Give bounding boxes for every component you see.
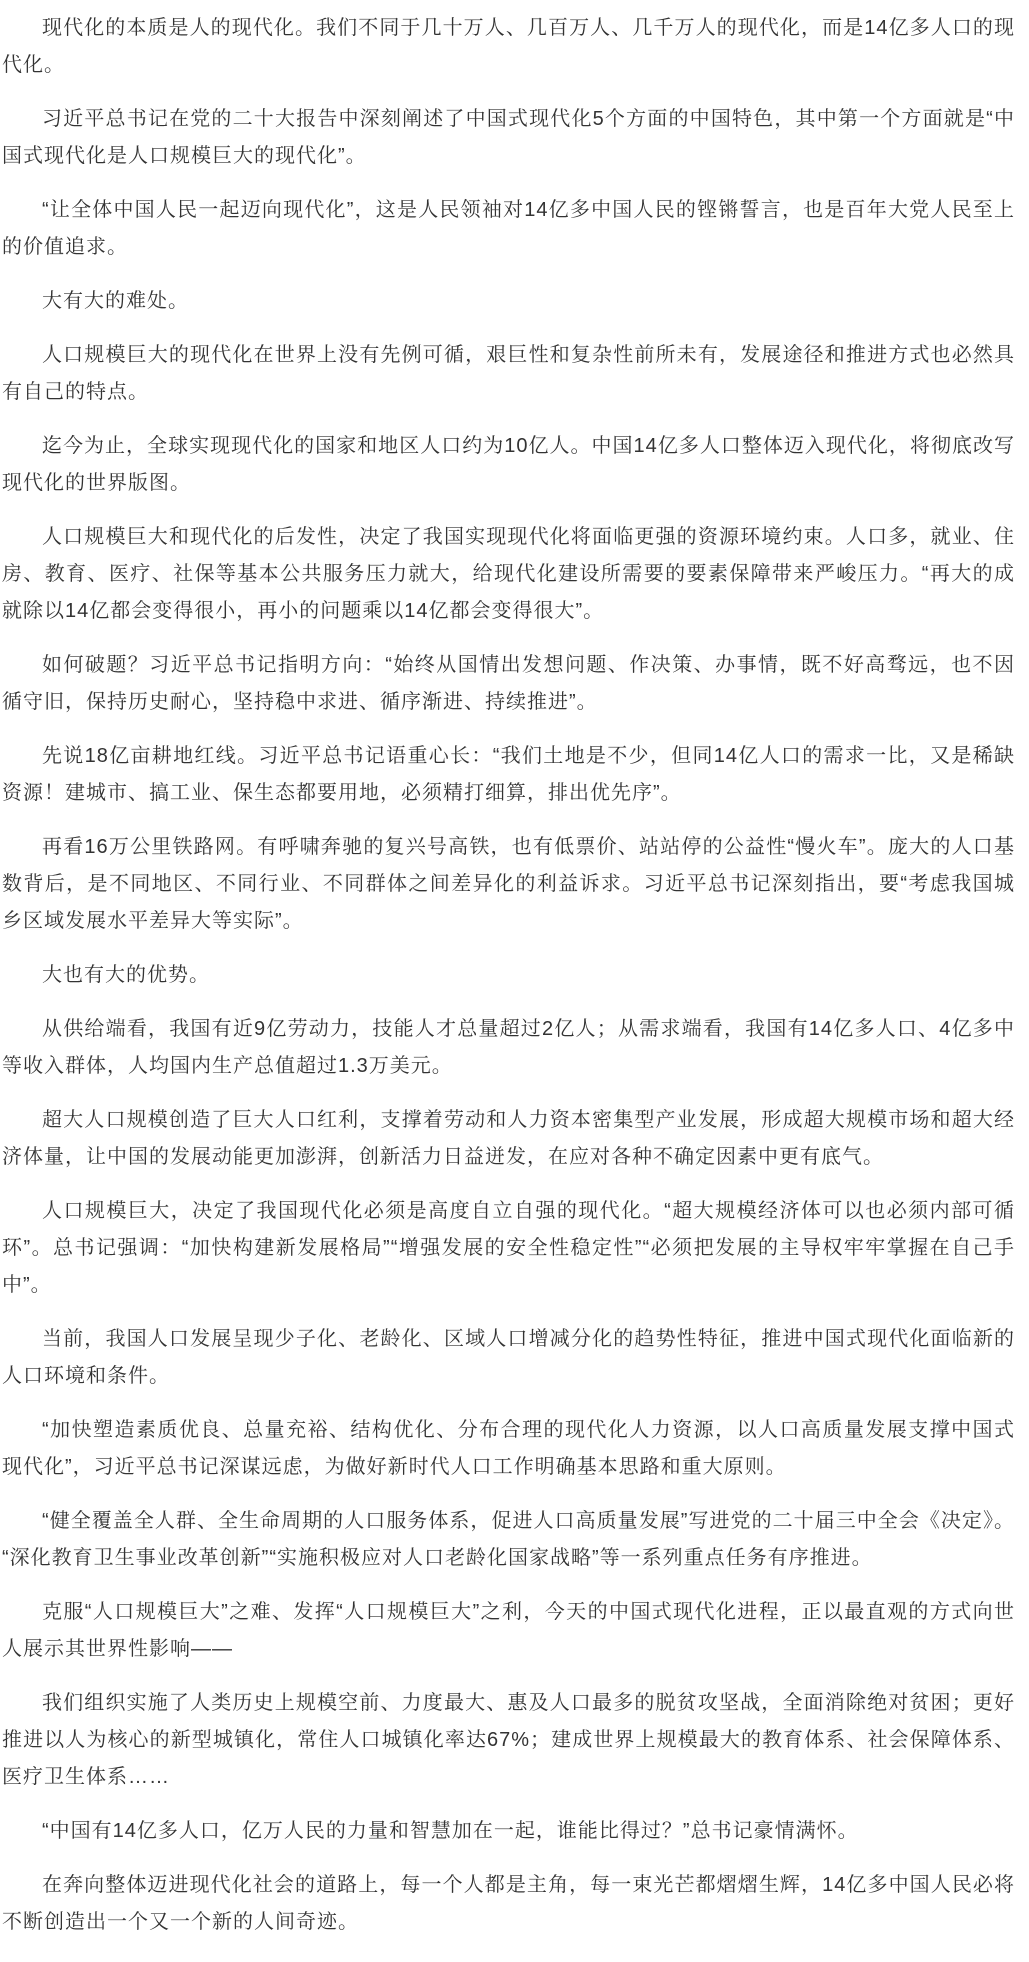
article-paragraph: 如何破题？习近平总书记指明方向：“始终从国情出发想问题、作决策、办事情，既不好高… xyxy=(2,647,1015,721)
article-paragraph: 现代化的本质是人的现代化。我们不同于几十万人、几百万人、几千万人的现代化，而是1… xyxy=(2,10,1015,84)
article-paragraph: “加快塑造素质优良、总量充裕、结构优化、分布合理的现代化人力资源，以人口高质量发… xyxy=(2,1412,1015,1486)
article-body: 现代化的本质是人的现代化。我们不同于几十万人、几百万人、几千万人的现代化，而是1… xyxy=(0,0,1029,1962)
article-paragraph: 人口规模巨大，决定了我国现代化必须是高度自立自强的现代化。“超大规模经济体可以也… xyxy=(2,1193,1015,1304)
article-paragraph: 习近平总书记在党的二十大报告中深刻阐述了中国式现代化5个方面的中国特色，其中第一… xyxy=(2,101,1015,175)
article-paragraph: 当前，我国人口发展呈现少子化、老龄化、区域人口增减分化的趋势性特征，推进中国式现… xyxy=(2,1321,1015,1395)
article-paragraph: 先说18亿亩耕地红线。习近平总书记语重心长：“我们土地是不少，但同14亿人口的需… xyxy=(2,738,1015,812)
article-paragraph: “健全覆盖全人群、全生命周期的人口服务体系，促进人口高质量发展”写进党的二十届三… xyxy=(2,1503,1015,1577)
article-paragraph: 大有大的难处。 xyxy=(2,283,1015,320)
article-paragraph: 超大人口规模创造了巨大人口红利，支撑着劳动和人力资本密集型产业发展，形成超大规模… xyxy=(2,1102,1015,1176)
article-paragraph: 克服“人口规模巨大”之难、发挥“人口规模巨大”之利，今天的中国式现代化进程，正以… xyxy=(2,1594,1015,1668)
article-paragraph: 大也有大的优势。 xyxy=(2,957,1015,994)
article-paragraph: 人口规模巨大和现代化的后发性，决定了我国实现现代化将面临更强的资源环境约束。人口… xyxy=(2,519,1015,630)
article-paragraph: 人口规模巨大的现代化在世界上没有先例可循，艰巨性和复杂性前所未有，发展途径和推进… xyxy=(2,337,1015,411)
article-paragraph: “让全体中国人民一起迈向现代化”，这是人民领袖对14亿多中国人民的铿锵誓言，也是… xyxy=(2,192,1015,266)
article-paragraph: 迄今为止，全球实现现代化的国家和地区人口约为10亿人。中国14亿多人口整体迈入现… xyxy=(2,428,1015,502)
article-paragraph: 我们组织实施了人类历史上规模空前、力度最大、惠及人口最多的脱贫攻坚战，全面消除绝… xyxy=(2,1685,1015,1796)
article-paragraph: 再看16万公里铁路网。有呼啸奔驰的复兴号高铁，也有低票价、站站停的公益性“慢火车… xyxy=(2,829,1015,940)
article-page: { "theme": { "background": "#ffffff", "t… xyxy=(0,0,1029,1962)
article-paragraph: 从供给端看，我国有近9亿劳动力，技能人才总量超过2亿人；从需求端看，我国有14亿… xyxy=(2,1011,1015,1085)
article-paragraph: “中国有14亿多人口，亿万人民的力量和智慧加在一起，谁能比得过？”总书记豪情满怀… xyxy=(2,1813,1015,1850)
article-paragraph: 在奔向整体迈进现代化社会的道路上，每一个人都是主角，每一束光芒都熠熠生辉，14亿… xyxy=(2,1867,1015,1941)
